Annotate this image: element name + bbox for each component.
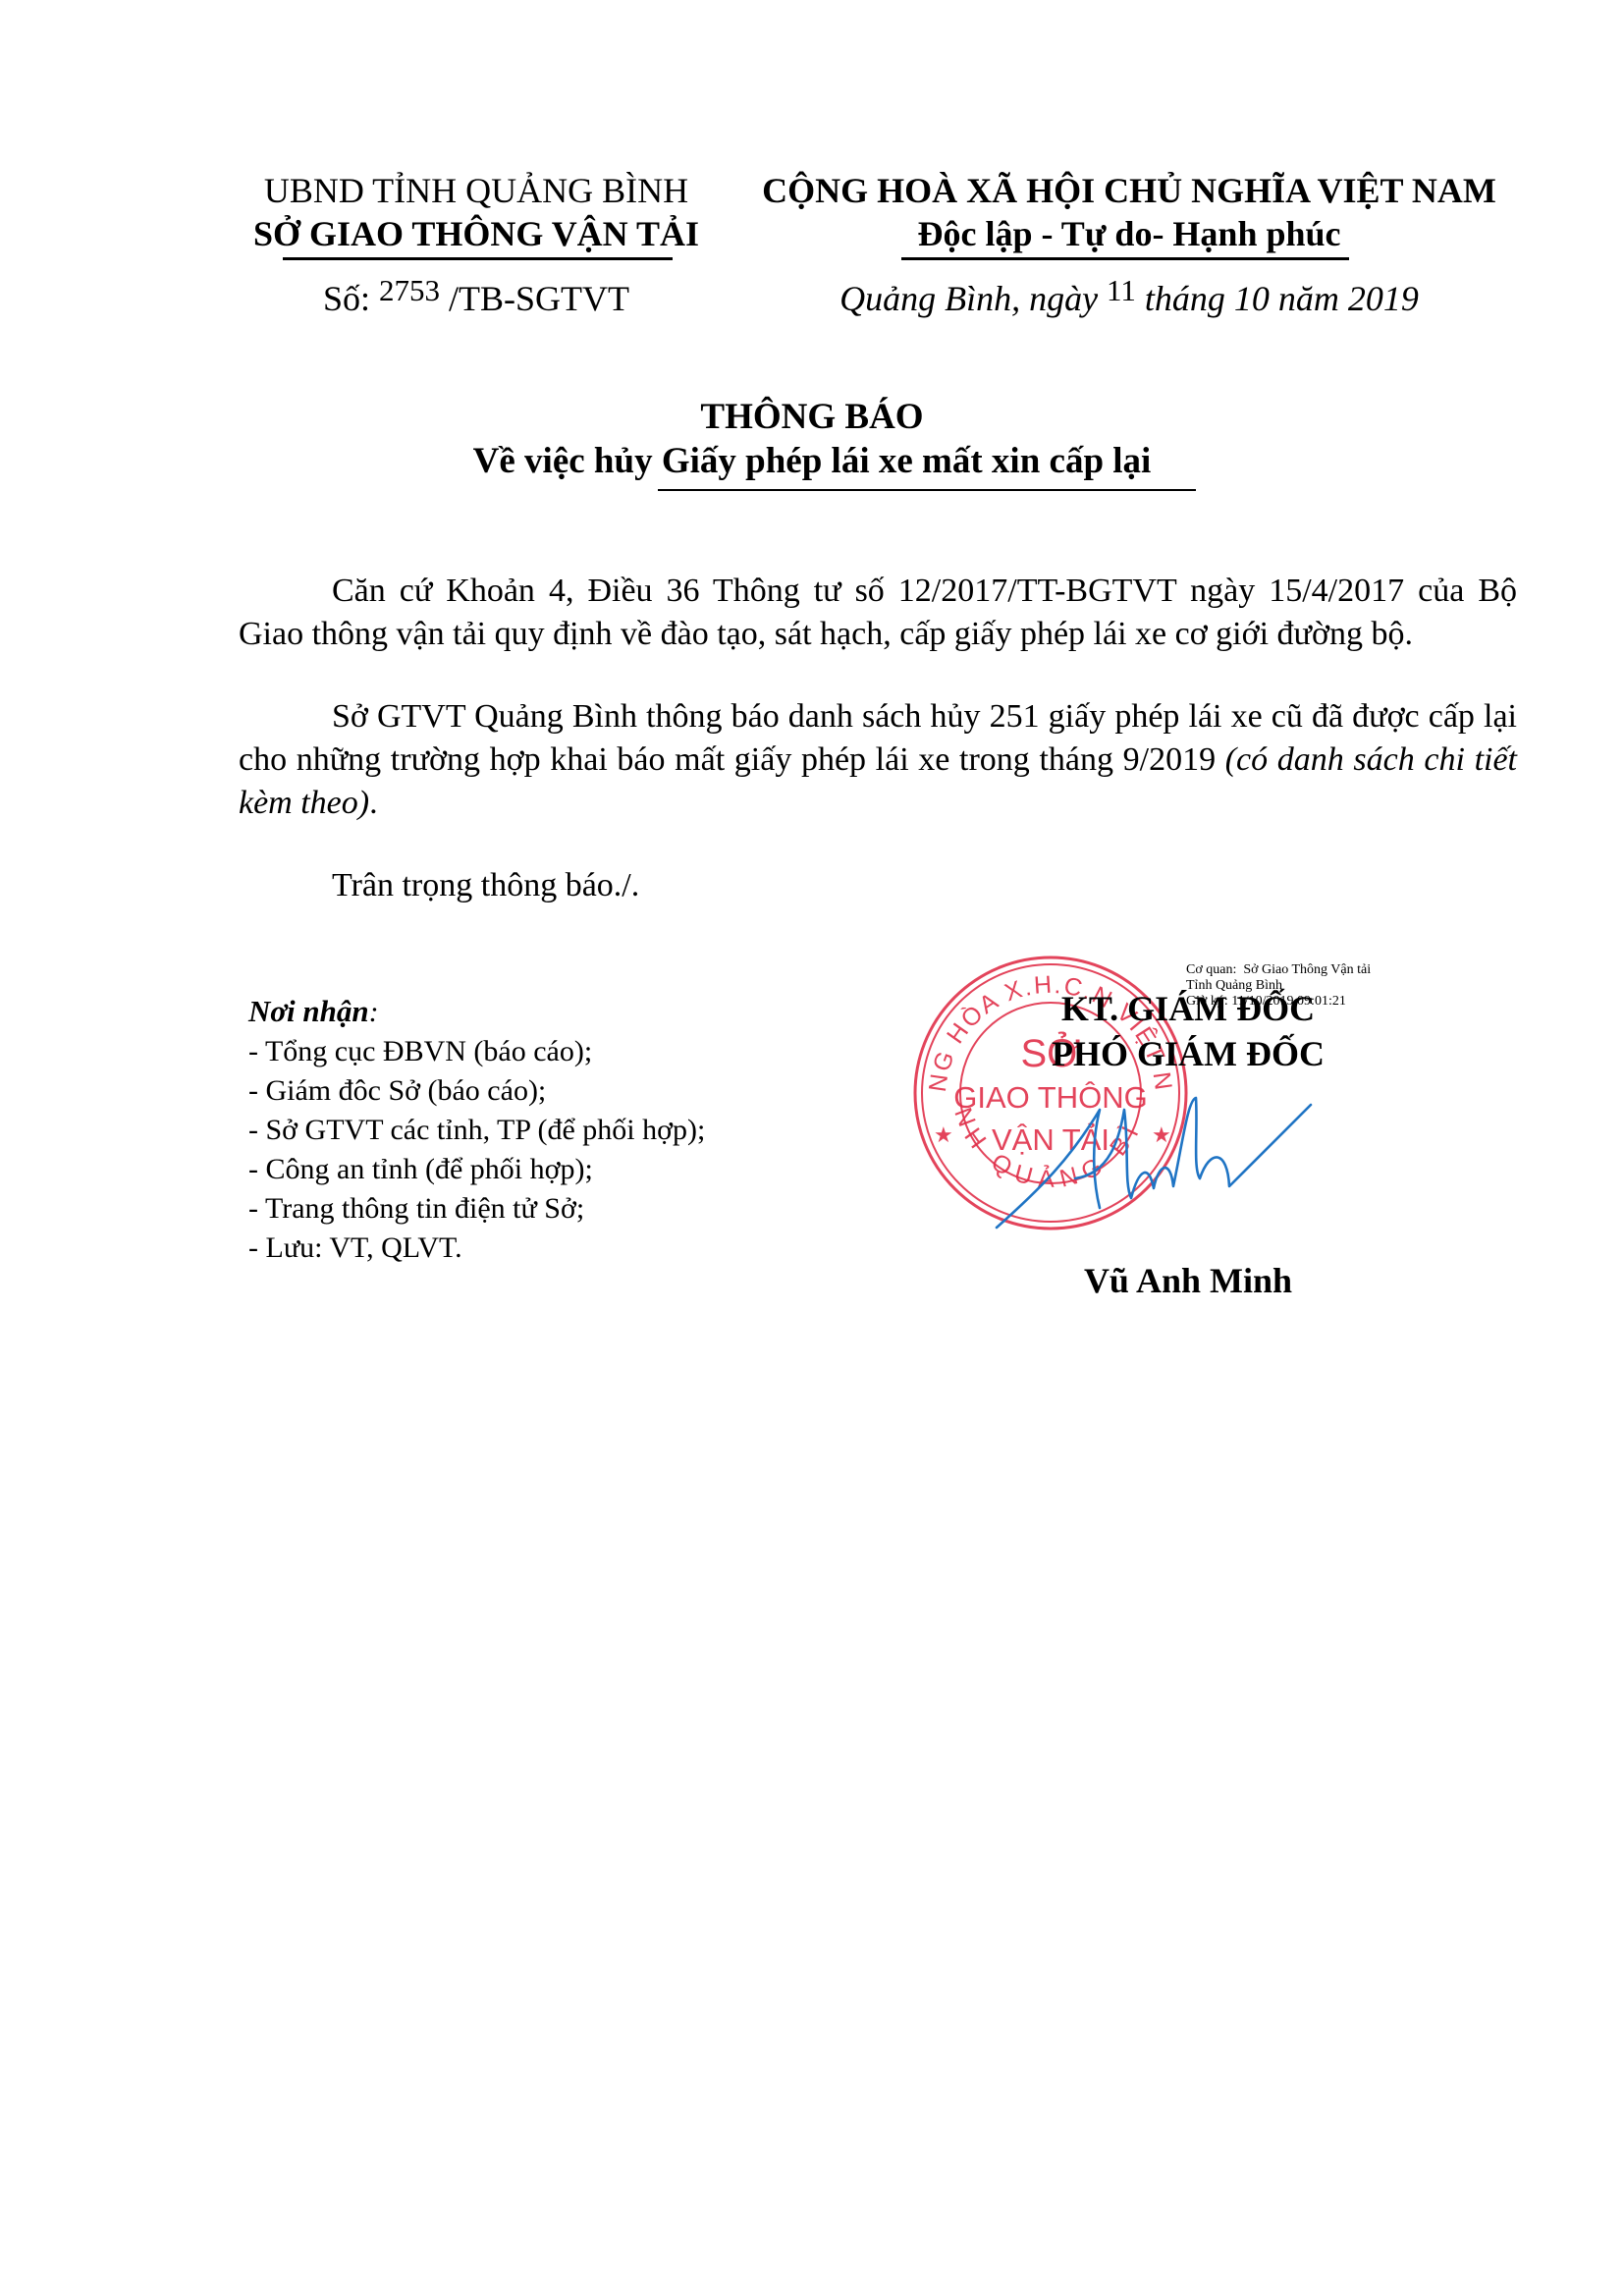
national-heading-block: CỘNG HOÀ XÃ HỘI CHỦ NGHĨA VIỆT NAM Độc l… — [746, 169, 1512, 255]
document-title-block: THÔNG BÁO Về việc hủy Giấy phép lái xe m… — [0, 396, 1624, 484]
issuing-authority-block: UBND TỈNH QUẢNG BÌNH SỞ GIAO THÔNG VẬN T… — [226, 169, 727, 255]
recipient-item: - Giám đôc Sở (báo cáo); — [248, 1071, 705, 1111]
recipient-item: - Sở GTVT các tỉnh, TP (để phối hợp); — [248, 1111, 705, 1150]
document-subject: Về việc hủy Giấy phép lái xe mất xin cấp… — [0, 439, 1624, 484]
body-paragraph-legal-basis: Căn cứ Khoản 4, Điều 36 Thông tư số 12/2… — [239, 570, 1517, 656]
header-left-underline — [283, 257, 673, 260]
document-body: Căn cứ Khoản 4, Điều 36 Thông tư số 12/2… — [239, 570, 1517, 907]
esign-time: Giờ ký: 11/10/2019 09:01:21 — [1186, 994, 1371, 1010]
signer-position: PHÓ GIÁM ĐỐC — [962, 1031, 1414, 1076]
document-number-suffix: /TB-SGTVT — [449, 279, 629, 318]
recipients-block: Nơi nhận: - Tổng cục ĐBVN (báo cáo); - G… — [248, 992, 705, 1268]
recipient-item: - Công an tỉnh (để phối hợp); — [248, 1150, 705, 1189]
body-paragraph-announcement: Sở GTVT Quảng Bình thông báo danh sách h… — [239, 695, 1517, 825]
recipient-item: - Trang thông tin điện tử Sở; — [248, 1189, 705, 1229]
digital-signature-info: Cơ quan: Sở Giao Thông Vận tải Tỉnh Quản… — [1186, 962, 1371, 1010]
esign-agency-line2: Tỉnh Quảng Bình — [1186, 978, 1371, 994]
esign-agency: Cơ quan: Sở Giao Thông Vận tải — [1186, 962, 1371, 978]
document-type: THÔNG BÁO — [0, 396, 1624, 439]
department-name: SỞ GIAO THÔNG VẬN TẢI — [226, 212, 727, 255]
handwritten-signature-icon — [982, 1080, 1316, 1247]
body-paragraph-closing: Trân trọng thông báo./. — [239, 864, 1517, 907]
date-day: 11 — [1107, 273, 1136, 307]
announcement-end: . — [369, 785, 378, 821]
document-number-prefix: Số: — [323, 279, 370, 318]
document-number: Số: 2753 /TB-SGTVT — [226, 277, 727, 322]
svg-text:★: ★ — [934, 1122, 953, 1147]
national-motto: Độc lập - Tự do- Hạnh phúc — [746, 212, 1512, 255]
date-prefix: Quảng Bình, ngày — [839, 279, 1098, 318]
signer-name: Vũ Anh Minh — [962, 1259, 1414, 1302]
authority-name: UBND TỈNH QUẢNG BÌNH — [226, 169, 727, 212]
country-name: CỘNG HOÀ XÃ HỘI CHỦ NGHĨA VIỆT NAM — [746, 169, 1512, 212]
recipient-item: - Tổng cục ĐBVN (báo cáo); — [248, 1032, 705, 1071]
document-date: Quảng Bình, ngày 11 tháng 10 năm 2019 — [746, 277, 1512, 322]
subject-underline — [658, 489, 1196, 491]
recipient-item: - Lưu: VT, QLVT. — [248, 1229, 705, 1268]
date-suffix: tháng 10 năm 2019 — [1145, 279, 1419, 318]
document-number-value: 2753 — [379, 273, 440, 307]
header-right-underline — [901, 257, 1349, 260]
recipients-heading: Nơi nhận: — [248, 992, 705, 1032]
